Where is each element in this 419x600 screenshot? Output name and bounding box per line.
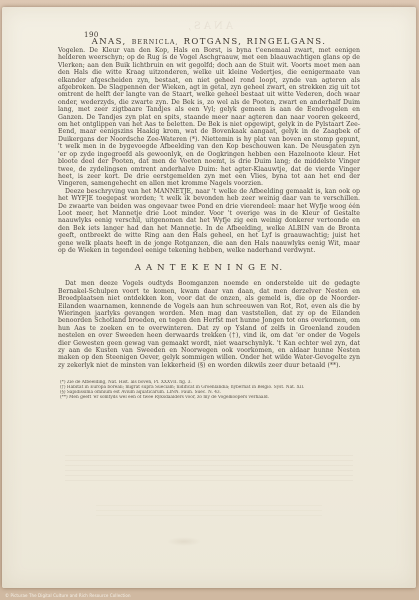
section-heading: A A N T E K E N I N G E N.: [58, 263, 360, 273]
footnotes: (*) Zie de Afbeelding, Nat. Hist. als bo…: [58, 380, 360, 400]
text-block: 190 ANAS, BERNICLA, ROTGANS, RINGELGANS.…: [58, 29, 360, 400]
book-page: ANAS, 190 ANAS, BERNICLA, ROTGANS, RINGE…: [2, 7, 416, 588]
running-title-species: BERNICLA,: [132, 39, 179, 46]
paragraph-annotations: Dat men deeze Vogels oudtyds Boomganzen …: [58, 280, 360, 369]
show-through-ghost-lines: [96, 505, 322, 520]
paragraph-description: Vogelen. De Kleur van den Kop, Hals en B…: [58, 47, 360, 188]
page-number: 190: [84, 31, 99, 39]
page-header: 190 ANAS, BERNICLA, ROTGANS, RINGELGANS.: [58, 29, 360, 40]
footnote-double-asterisk: (**) Men geeft 'er somtyds wel een of tw…: [60, 395, 360, 400]
backing-mat: ANAS, 190 ANAS, BERNICLA, ROTGANS, RINGE…: [0, 0, 419, 600]
paragraph-male-female: Deeze beschryving van het MANNETJE, naar…: [58, 188, 360, 255]
show-through-ghost-lines: [65, 455, 353, 481]
running-title-dutch-names: ROTGANS, RINGELGANS.: [184, 37, 327, 47]
paper-smudge: [167, 537, 201, 546]
credit-watermark: © Picturae The Digital Culture and Rich …: [5, 593, 131, 598]
